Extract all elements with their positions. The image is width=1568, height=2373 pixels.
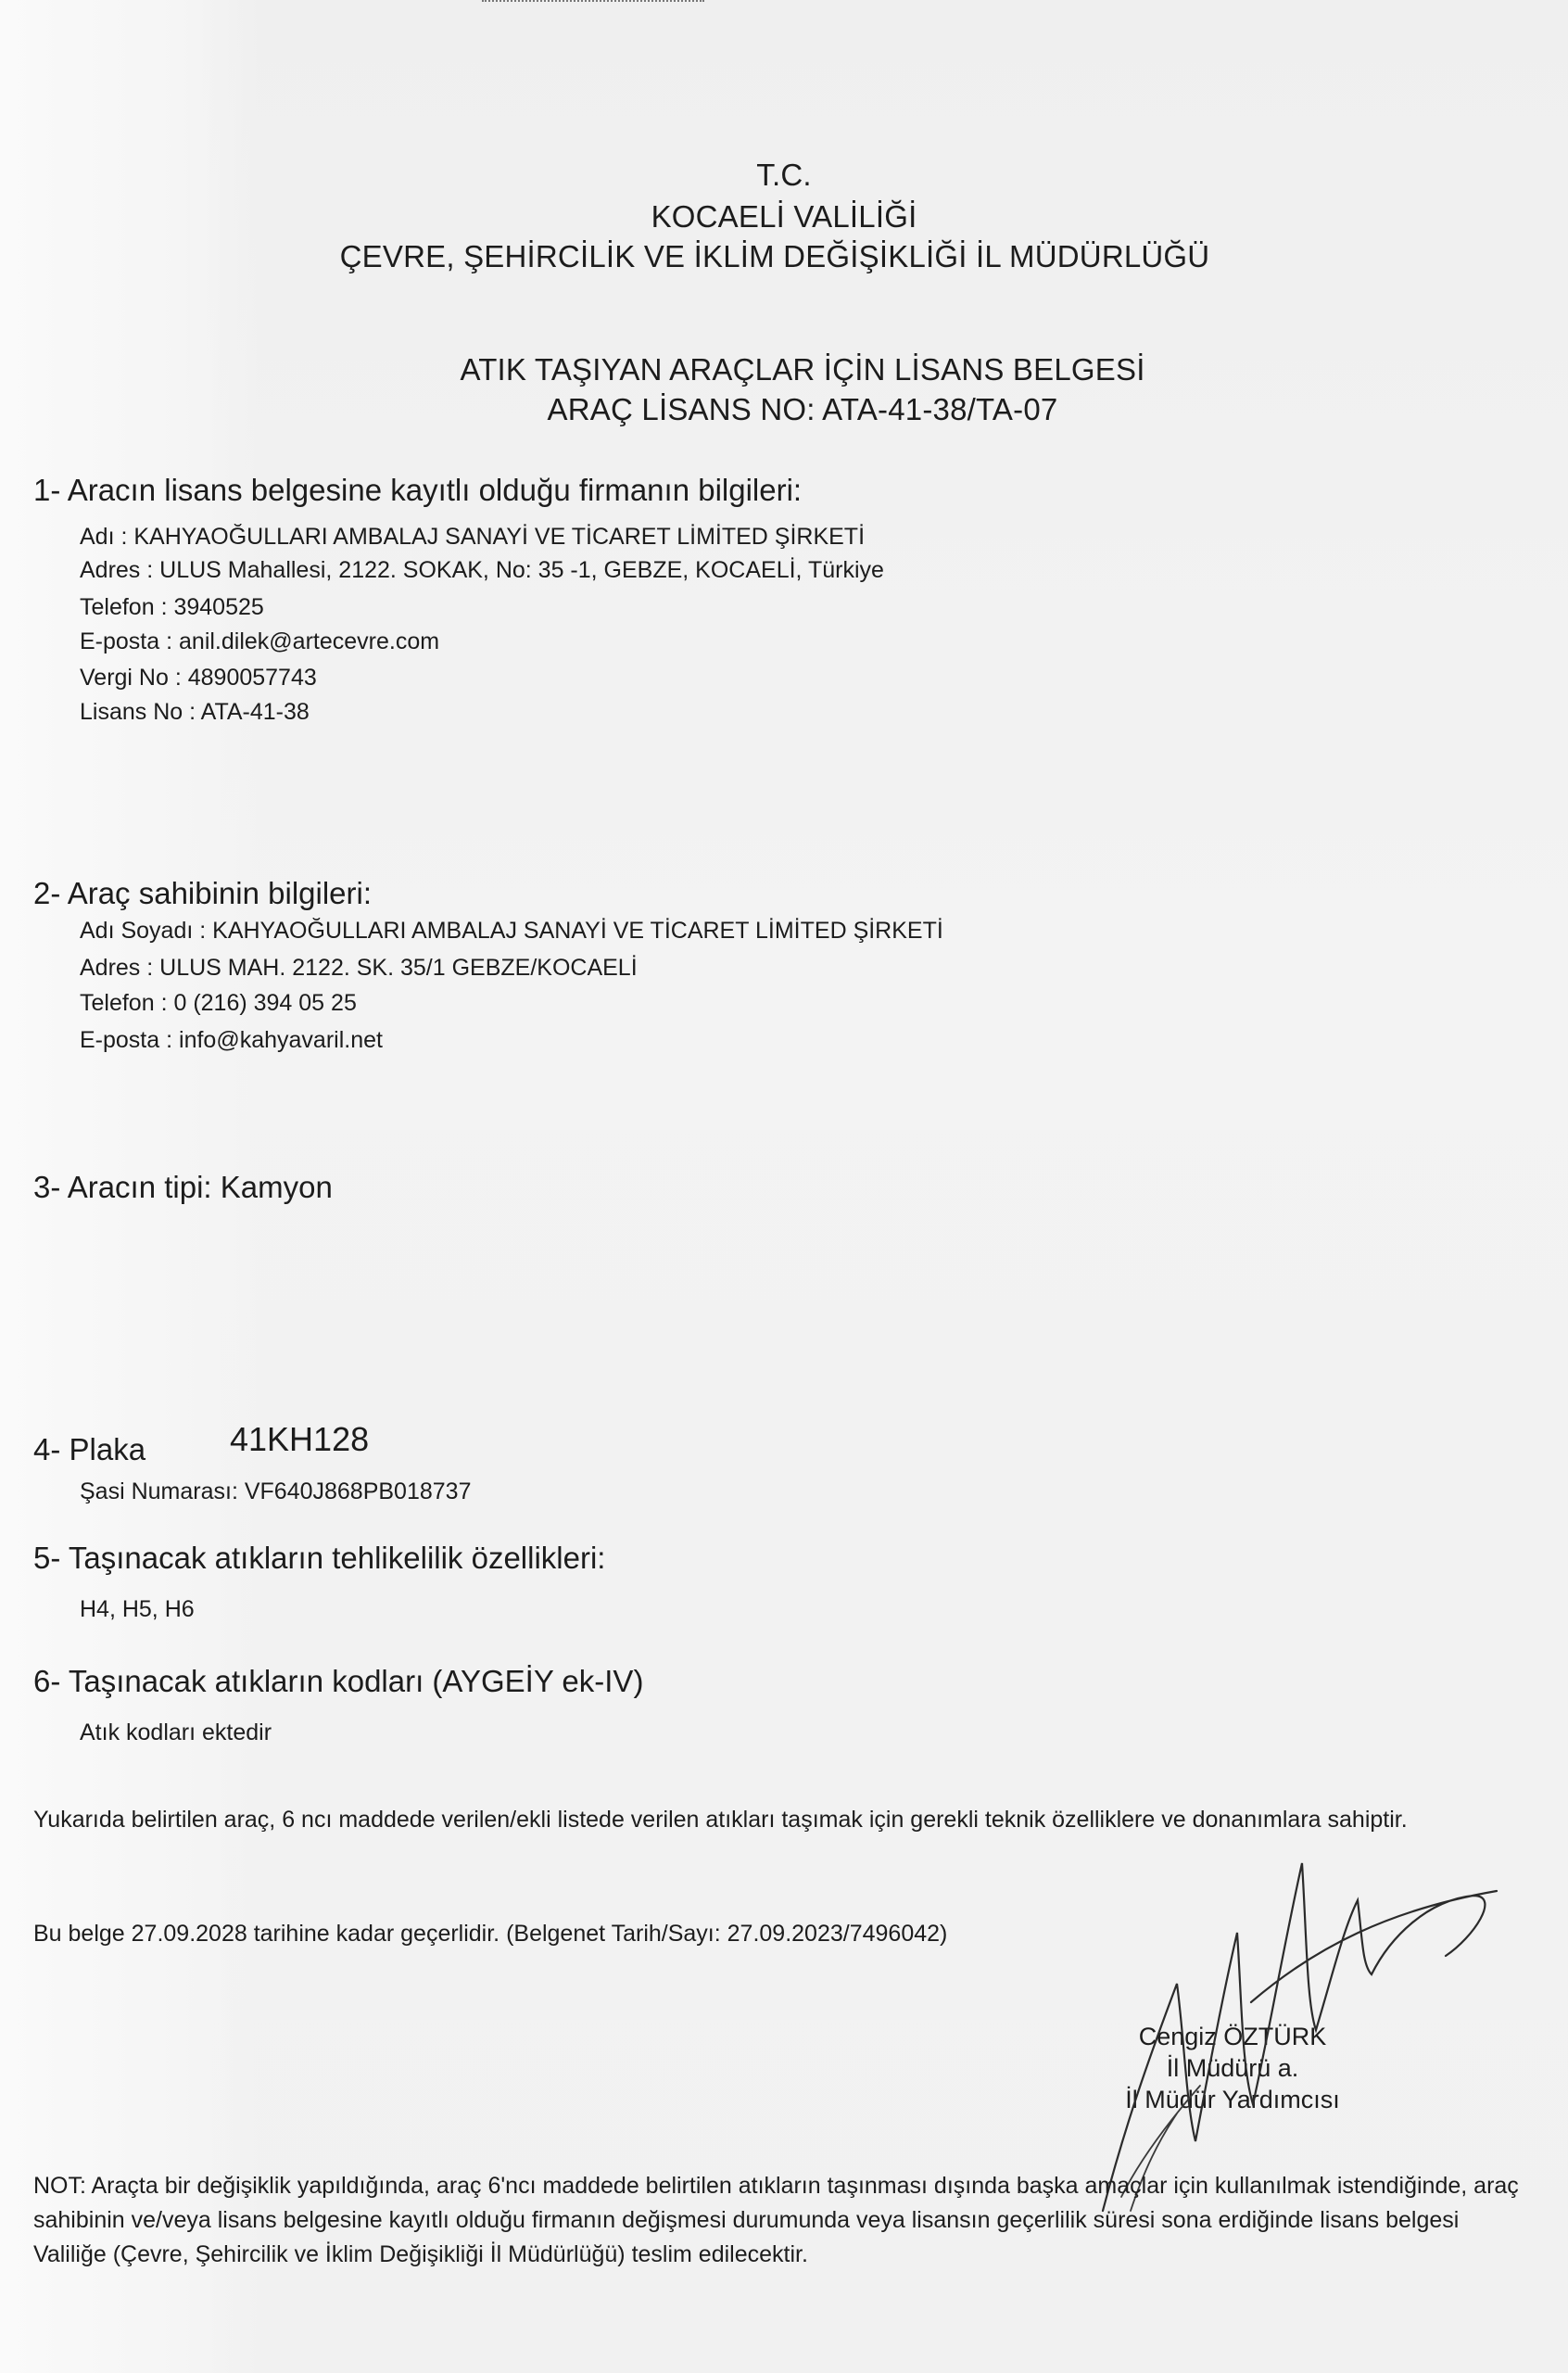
firm-phone: Telefon : 3940525: [80, 594, 264, 621]
field-label: E-posta: [80, 1027, 159, 1053]
document-page: T.C. KOCAELİ VALİLİĞİ ÇEVRE, ŞEHİRCİLİK …: [0, 0, 1568, 2373]
header-governorship: KOCAELİ VALİLİĞİ: [0, 199, 1568, 235]
note-text: NOT: Araçta bir değişiklik yapıldığında,…: [33, 2169, 1525, 2272]
field-label: Adres: [80, 557, 140, 583]
field-value: 3940525: [173, 594, 263, 620]
plate-number: 41KH128: [230, 1420, 369, 1459]
firm-email: E-posta : anil.dilek@artecevre.com: [80, 628, 439, 655]
firm-license-no: Lisans No : ATA-41-38: [80, 699, 310, 726]
section5-heading: 5- Taşınacak atıkların tehlikelilik özel…: [33, 1541, 605, 1576]
field-label: Telefon: [80, 990, 155, 1016]
owner-phone: Telefon : 0 (216) 394 05 25: [80, 990, 357, 1017]
field-value: info@kahyavaril.net: [179, 1027, 383, 1053]
section6-heading: 6- Taşınacak atıkların kodları (AYGEİY e…: [33, 1664, 643, 1699]
field-value: ULUS Mahallesi, 2122. SOKAK, No: 35 -1, …: [159, 557, 884, 583]
field-label: Vergi No: [80, 665, 169, 691]
field-value: ULUS MAH. 2122. SK. 35/1 GEBZE/KOCAELİ: [159, 955, 638, 981]
field-value: KAHYAOĞULLARI AMBALAJ SANAYİ VE TİCARET …: [133, 524, 865, 550]
field-value: ATA-41-38: [201, 699, 310, 725]
hazard-properties: H4, H5, H6: [80, 1596, 195, 1623]
section2-heading: 2- Araç sahibinin bilgileri:: [33, 876, 372, 911]
document-title: ATIK TAŞIYAN ARAÇLAR İÇİN LİSANS BELGESİ: [19, 352, 1568, 387]
validity-text: Bu belge 27.09.2028 tarihine kadar geçer…: [33, 1921, 947, 1948]
firm-address: Adres : ULUS Mahallesi, 2122. SOKAK, No:…: [80, 557, 884, 584]
field-value: anil.dilek@artecevre.com: [179, 628, 439, 654]
owner-email: E-posta : info@kahyavaril.net: [80, 1027, 383, 1054]
firm-name: Adı : KAHYAOĞULLARI AMBALAJ SANAYİ VE Tİ…: [80, 524, 865, 551]
owner-address: Adres : ULUS MAH. 2122. SK. 35/1 GEBZE/K…: [80, 955, 638, 982]
capability-statement: Yukarıda belirtilen araç, 6 ncı maddede …: [33, 1803, 1525, 1837]
field-label: Adı: [80, 524, 115, 550]
signature-icon: [1038, 1845, 1501, 2215]
field-label: E-posta: [80, 628, 159, 654]
field-value: 0 (216) 394 05 25: [173, 990, 356, 1016]
section1-heading: 1- Aracın lisans belgesine kayıtlı olduğ…: [33, 473, 802, 508]
field-label: Şasi Numarası:: [80, 1478, 238, 1504]
waste-codes: Atık kodları ektedir: [80, 1719, 272, 1746]
chassis-number: Şasi Numarası: VF640J868PB018737: [80, 1478, 472, 1505]
dotted-line: [482, 0, 704, 5]
header-directorate: ÇEVRE, ŞEHİRCİLİK VE İKLİM DEĞİŞİKLİĞİ İ…: [0, 239, 1559, 274]
field-value: 4890057743: [188, 665, 317, 691]
field-label: Lisans No: [80, 699, 183, 725]
vehicle-license-no: ARAÇ LİSANS NO: ATA-41-38/TA-07: [19, 392, 1568, 427]
field-label: Adres: [80, 955, 140, 981]
section3-vehicle-type: 3- Aracın tipi: Kamyon: [33, 1170, 333, 1205]
field-value: VF640J868PB018737: [245, 1478, 472, 1504]
field-value: KAHYAOĞULLARI AMBALAJ SANAYİ VE TİCARET …: [212, 918, 943, 944]
field-label: Adı Soyadı: [80, 918, 193, 944]
section4-heading: 4- Plaka: [33, 1432, 145, 1467]
header-tc: T.C.: [0, 158, 1568, 193]
owner-name: Adı Soyadı : KAHYAOĞULLARI AMBALAJ SANAY…: [80, 918, 943, 945]
firm-tax-no: Vergi No : 4890057743: [80, 665, 317, 692]
field-label: Telefon: [80, 594, 155, 620]
